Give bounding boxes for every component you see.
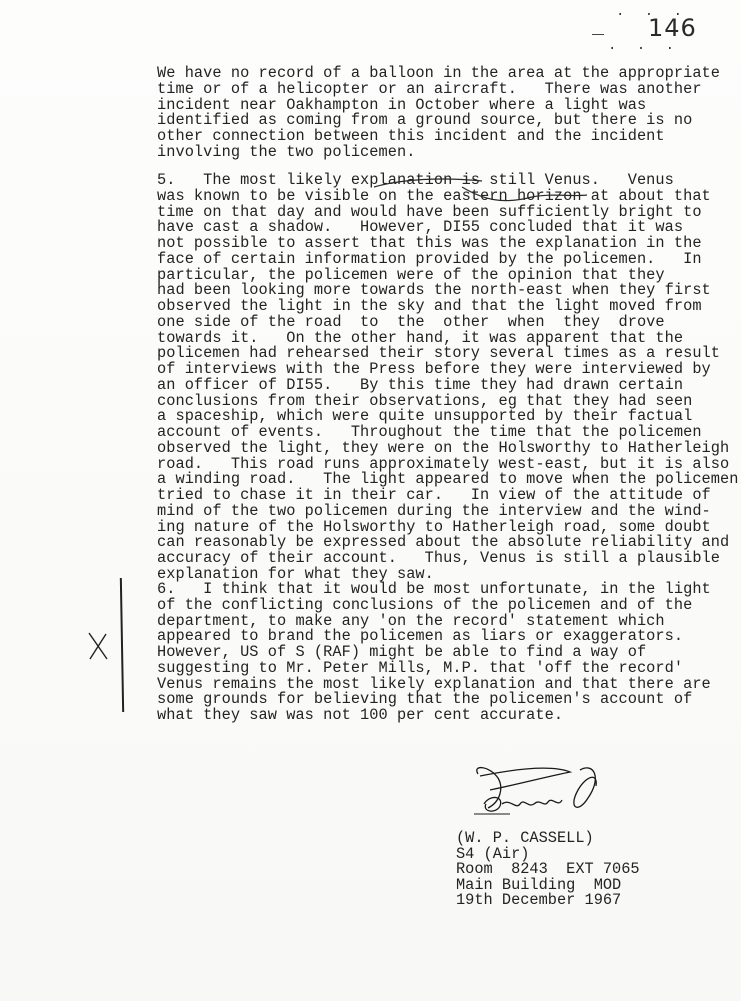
margin-sideline [120, 578, 124, 712]
text-line: road. This road runs approximately west-… [157, 457, 729, 472]
text-line: accuracy of their account. Thus, Venus i… [157, 551, 720, 566]
folio-number: 146 [648, 14, 697, 42]
document-page: . . . . . . 146 We have no record of a b… [0, 0, 741, 1001]
text-line: observed the light in the sky and that t… [157, 299, 702, 314]
text-line: ing nature of the Holsworthy to Hatherle… [157, 520, 711, 535]
text-line: policemen had rehearsed their story seve… [157, 346, 720, 361]
text-line: can reasonably be expressed about the ab… [157, 535, 729, 550]
text-line: some grounds for believing that the poli… [157, 692, 692, 707]
text-line: We have no record of a balloon in the ar… [157, 66, 720, 81]
text-line: incident near Oakhampton in October wher… [157, 98, 646, 113]
text-line: an officer of DI55. By this time they ha… [157, 378, 683, 393]
text-line: However, US of S (RAF) might be able to … [157, 645, 646, 660]
text-line: 6. I think that it would be most unfortu… [157, 582, 711, 597]
margin-x-mark-icon [86, 631, 110, 661]
text-line: towards it. On the other hand, it was ap… [157, 331, 683, 346]
text-line: a winding road. The light appeared to mo… [157, 472, 738, 487]
text-line: time or of a helicopter or an aircraft. … [157, 82, 702, 97]
signature-icon [470, 764, 610, 824]
text-line: mind of the two policemen during the int… [157, 504, 711, 519]
text-line: department, to make any 'on the record' … [157, 614, 665, 629]
text-line: particular, the policemen were of the op… [157, 268, 665, 283]
text-line: had been looking more towards the north-… [157, 283, 711, 298]
text-line: involving the two policemen. [157, 145, 415, 160]
text-line: not possible to assert that this was the… [157, 236, 702, 251]
text-line: of interviews with the Press before they… [157, 362, 711, 377]
text-line: face of certain information provided by … [157, 252, 702, 267]
text-line: appeared to brand the policemen as liars… [157, 629, 683, 644]
signature-line: Room 8243 EXT 7065 [456, 862, 640, 877]
text-line: have cast a shadow. However, DI55 conclu… [157, 220, 683, 235]
text-line: account of events. Throughout the time t… [157, 425, 702, 440]
text-line: observed the light, they were on the Hol… [157, 441, 729, 456]
text-line: other connection between this incident a… [157, 129, 665, 144]
text-line: what they saw was not 100 per cent accur… [157, 708, 563, 723]
text-line: a spaceship, which were quite unsupporte… [157, 409, 692, 424]
text-line: of the conflicting conclusions of the po… [157, 598, 692, 613]
text-line: conclusions from their observations, eg … [157, 394, 692, 409]
handwritten-underline-icon [372, 175, 602, 215]
text-line: identified as coming from a ground sourc… [157, 113, 692, 128]
text-line: Venus remains the most likely explanatio… [157, 677, 711, 692]
folio-dash [592, 34, 604, 35]
signature-line: (W. P. CASSELL) [456, 831, 594, 846]
text-line: tried to chase it in their car. In view … [157, 488, 711, 503]
text-line: suggesting to Mr. Peter Mills, M.P. that… [157, 661, 683, 676]
text-line: one side of the road to the other when t… [157, 315, 665, 330]
signature-line: 19th December 1967 [456, 893, 621, 908]
